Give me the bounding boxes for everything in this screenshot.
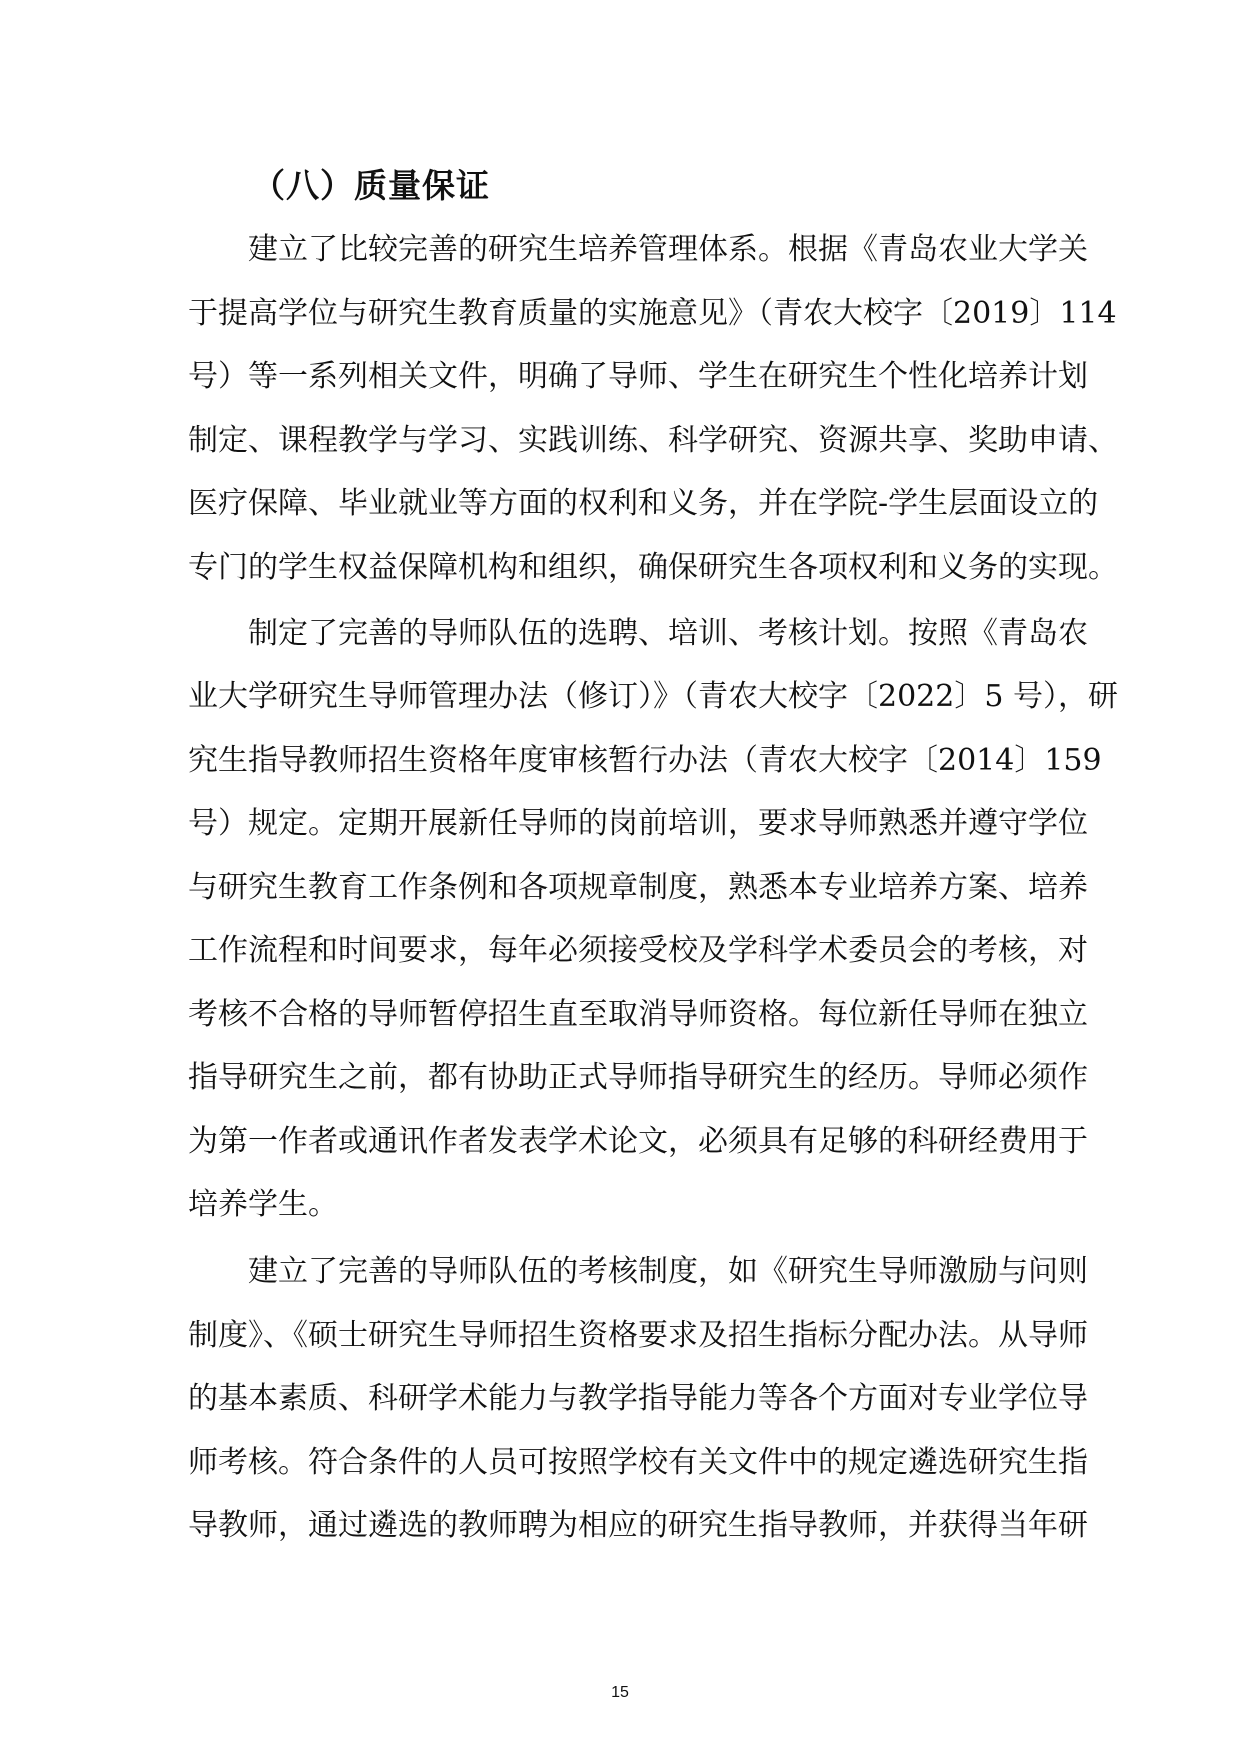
section-heading: （八）质量保证 — [252, 160, 490, 207]
paragraph-line: 培养学生。 — [188, 1185, 1060, 1225]
paragraph-line: 建立了完善的导师队伍的考核制度，如《研究生导师激励与问则 — [248, 1252, 1060, 1292]
paragraph-line: 指导研究生之前，都有协助正式导师指导研究生的经历。导师必须作 — [188, 1058, 1060, 1098]
paragraph-line: 为第一作者或通讯作者发表学术论文，必须具有足够的科研经费用于 — [188, 1122, 1060, 1162]
document-page: （八）质量保证 建立了比较完善的研究生培养管理体系。根据《青岛农业大学关 于提高… — [0, 0, 1240, 1753]
paragraph-line: 制度》、《硕士研究生导师招生资格要求及招生指标分配办法。从导师 — [188, 1316, 1060, 1356]
paragraph-line: 师考核。符合条件的人员可按照学校有关文件中的规定遴选研究生指 — [188, 1443, 1060, 1483]
paragraph-line: 业大学研究生导师管理办法（修订）》（青农大校字〔2022〕5 号），研 — [188, 677, 1060, 717]
paragraph-line: 的基本素质、科研学术能力与教学指导能力等各个方面对专业学位导 — [188, 1379, 1060, 1419]
paragraph-line: 导教师，通过遴选的教师聘为相应的研究生指导教师，并获得当年研 — [188, 1506, 1060, 1546]
paragraph-line: 号）等一系列相关文件，明确了导师、学生在研究生个性化培养计划 — [188, 357, 1060, 397]
paragraph-line: 考核不合格的导师暂停招生直至取消导师资格。每位新任导师在独立 — [188, 995, 1060, 1035]
paragraph-line: 于提高学位与研究生教育质量的实施意见》（青农大校字〔2019〕114 — [188, 294, 1060, 334]
paragraph-line: 制定、课程教学与学习、实践训练、科学研究、资源共享、奖助申请、 — [188, 421, 1060, 461]
paragraph-line: 医疗保障、毕业就业等方面的权利和义务，并在学院-学生层面设立的 — [188, 484, 1060, 524]
paragraph-line: 究生指导教师招生资格年度审核暂行办法（青农大校字〔2014〕159 — [188, 741, 1060, 781]
paragraph-line: 号）规定。定期开展新任导师的岗前培训，要求导师熟悉并遵守学位 — [188, 804, 1060, 844]
page-number: 15 — [0, 1684, 1240, 1702]
paragraph-line: 工作流程和时间要求，每年必须接受校及学科学术委员会的考核，对 — [188, 931, 1060, 971]
paragraph-line: 建立了比较完善的研究生培养管理体系。根据《青岛农业大学关 — [248, 230, 1060, 270]
paragraph-line: 专门的学生权益保障机构和组织，确保研究生各项权利和义务的实现。 — [188, 548, 1060, 588]
paragraph-line: 制定了完善的导师队伍的选聘、培训、考核计划。按照《青岛农 — [248, 614, 1060, 654]
paragraph-line: 与研究生教育工作条例和各项规章制度，熟悉本专业培养方案、培养 — [188, 868, 1060, 908]
